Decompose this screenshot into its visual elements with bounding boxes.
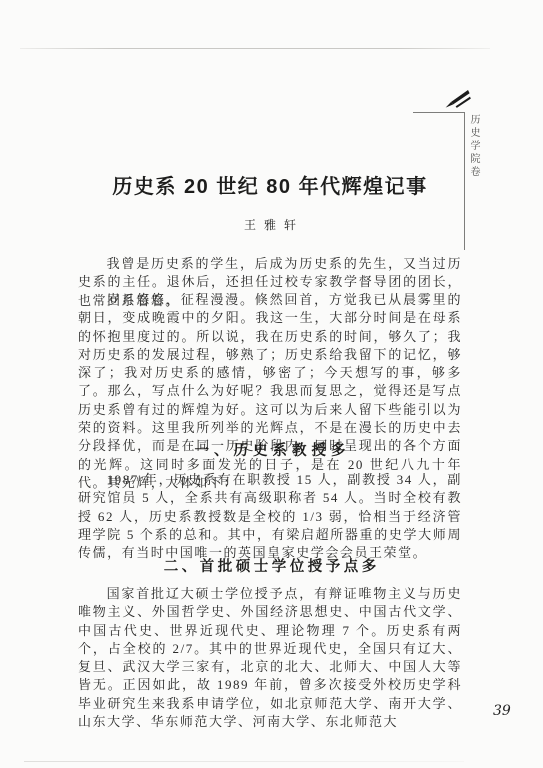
author-name: 王雅轩 [78,216,462,233]
corner-rule-vertical [464,112,465,250]
volume-sidebar-label: 历史学院卷 [467,114,480,179]
section-1-heading: 一、历史系教授多 [78,439,462,460]
section-2-paragraph: 国家首批辽大硕士学位授予点，有辩证唯物主义与历史唯物主义、外国哲学史、外国经济思… [78,585,462,731]
section-1-paragraph: 1987 年，历史系有在职教授 15 人，副教授 34 人，副研究馆员 5 人，… [78,471,462,562]
page-number: 39 [493,703,511,719]
page-content: 历史系 20 世纪 80 年代辉煌记事 王雅轩 我曾是历史系的学生，后成为历史系… [78,0,462,768]
intro-paragraph-2: 岁月悠悠，征程漫漫。倏然回首，方觉我已从晨雾里的朝日，变成晚霞中的夕阳。我这一生… [78,291,462,492]
section-2-heading: 二、首批硕士学位授予点多 [78,555,462,576]
article-title: 历史系 20 世纪 80 年代辉煌记事 [78,170,462,199]
